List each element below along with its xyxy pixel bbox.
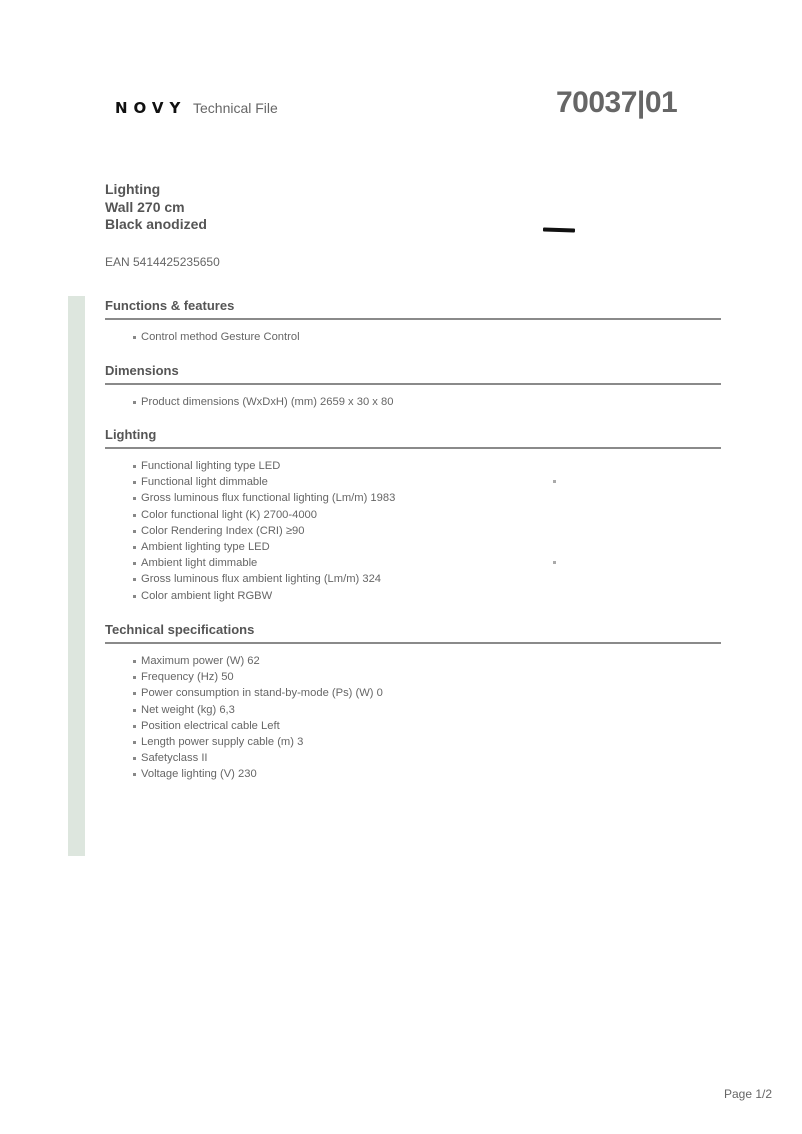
spec-item-text: Control method Gesture Control [141, 331, 300, 343]
yes-mark-icon [553, 561, 556, 564]
spec-item: Ambient light dimmable [133, 555, 721, 571]
spec-item-text: Length power supply cable (m) 3 [141, 736, 303, 748]
spec-item-text: Safetyclass II [141, 752, 208, 764]
spec-item-text: Gross luminous flux functional lighting … [141, 492, 395, 504]
spec-item: Product dimensions (WxDxH) (mm) 2659 x 3… [133, 394, 721, 410]
product-category: Lighting [105, 181, 207, 199]
spec-list: Control method Gesture Control [105, 329, 721, 345]
spec-list: Product dimensions (WxDxH) (mm) 2659 x 3… [105, 394, 721, 410]
spec-item: Frequency (Hz) 50 [133, 669, 721, 685]
section-lighting: LightingFunctional lighting type LEDFunc… [105, 427, 721, 604]
spec-item-text: Color functional light (K) 2700-4000 [141, 509, 317, 521]
spec-item: Maximum power (W) 62 [133, 653, 721, 669]
spec-item-text: Voltage lighting (V) 230 [141, 768, 257, 780]
spec-item-text: Color ambient light RGBW [141, 590, 272, 602]
spec-item: Voltage lighting (V) 230 [133, 766, 721, 782]
product-code: 70037|01 [556, 86, 677, 120]
spec-item: Gross luminous flux ambient lighting (Lm… [133, 571, 721, 587]
spec-item-text: Maximum power (W) 62 [141, 655, 260, 667]
spec-item-text: Frequency (Hz) 50 [141, 671, 234, 683]
spec-item-text: Product dimensions (WxDxH) (mm) 2659 x 3… [141, 396, 393, 408]
spec-item-text: Net weight (kg) 6,3 [141, 704, 235, 716]
section-title: Lighting [105, 427, 721, 449]
spec-list: Maximum power (W) 62Frequency (Hz) 50Pow… [105, 653, 721, 783]
ean-code: EAN 5414425235650 [105, 255, 220, 269]
product-title: Lighting Wall 270 cm Black anodized [105, 181, 207, 234]
spec-item-text: Power consumption in stand-by-mode (Ps) … [141, 687, 383, 699]
novy-logo: NOVY [115, 99, 186, 117]
spec-item-text: Functional light dimmable [141, 476, 268, 488]
spec-item: Gross luminous flux functional lighting … [133, 490, 721, 506]
decorative-side-bar [68, 296, 85, 856]
product-image [543, 227, 575, 232]
spec-item-text: Position electrical cable Left [141, 720, 280, 732]
spec-item-text: Ambient lighting type LED [141, 541, 270, 553]
section-functions-features: Functions & featuresControl method Gestu… [105, 298, 721, 345]
section-title: Dimensions [105, 363, 721, 385]
section-title: Functions & features [105, 298, 721, 320]
spec-item-text: Functional lighting type LED [141, 460, 280, 472]
document-type: Technical File [193, 100, 278, 116]
spec-item: Color functional light (K) 2700-4000 [133, 507, 721, 523]
spec-item: Power consumption in stand-by-mode (Ps) … [133, 685, 721, 701]
spec-item: Net weight (kg) 6,3 [133, 702, 721, 718]
spec-item: Color Rendering Index (CRI) ≥90 [133, 523, 721, 539]
spec-item: Functional lighting type LED [133, 458, 721, 474]
spec-item: Length power supply cable (m) 3 [133, 734, 721, 750]
spec-item: Ambient lighting type LED [133, 539, 721, 555]
product-finish: Black anodized [105, 216, 207, 234]
spec-item-text: Gross luminous flux ambient lighting (Lm… [141, 573, 381, 585]
spec-item-text: Color Rendering Index (CRI) ≥90 [141, 525, 304, 537]
yes-mark-icon [553, 480, 556, 483]
spec-item: Control method Gesture Control [133, 329, 721, 345]
section-dimensions: DimensionsProduct dimensions (WxDxH) (mm… [105, 363, 721, 410]
spec-list: Functional lighting type LEDFunctional l… [105, 458, 721, 604]
page-number: Page 1/2 [724, 1087, 772, 1101]
spec-item: Position electrical cable Left [133, 718, 721, 734]
section-technical-specifications: Technical specificationsMaximum power (W… [105, 622, 721, 783]
spec-item: Functional light dimmable [133, 474, 721, 490]
product-model: Wall 270 cm [105, 199, 207, 217]
spec-item: Safetyclass II [133, 750, 721, 766]
spec-item-text: Ambient light dimmable [141, 557, 257, 569]
spec-item: Color ambient light RGBW [133, 588, 721, 604]
section-title: Technical specifications [105, 622, 721, 644]
